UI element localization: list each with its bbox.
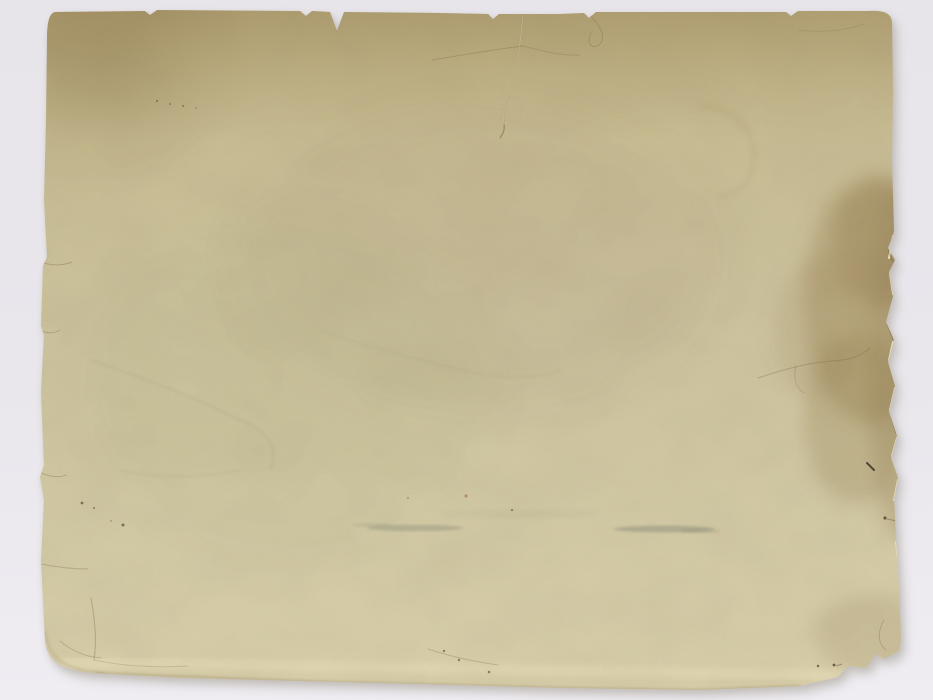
scene-svg bbox=[0, 0, 933, 700]
paper-photo bbox=[0, 0, 933, 700]
paper-texture bbox=[0, 0, 933, 700]
